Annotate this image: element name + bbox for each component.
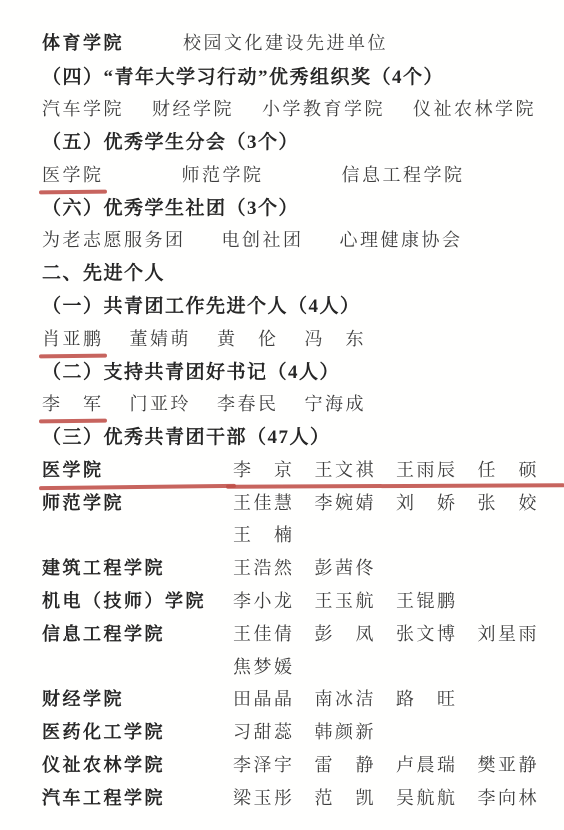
person-name: 南冰洁 [315,685,377,711]
person-name-underlined: 肖亚鹏 [42,325,104,351]
roster-row: 医药化工学院 习甜蕊 韩颜新 [42,715,556,748]
winners-line-s5: 医学院 师范学院 信息工程学院 [42,157,556,190]
roster-row: 医学院 李 京 王文祺 王雨辰 任 硕 [42,452,556,485]
part-heading-line: 二、先进个人 [42,256,556,289]
person-name: 樊亚静 [478,751,540,777]
person-name: 王锟鹏 [396,587,458,613]
roster-names: 梁玉彤 范 凯 吴航航 李向林 [233,784,559,810]
roster-row-continuation: 焦梦媛 [42,649,556,682]
roster-names: 王浩然 彭茜佟 [233,554,396,580]
person-name: 任 硕 [478,456,540,482]
person-name: 王浩然 [233,554,295,580]
winner-college: 仪祉农林学院 [413,95,536,121]
person-name: 宁海成 [305,390,367,416]
winner-college: 信息工程学院 [342,161,465,187]
person-name: 韩颜新 [315,718,377,744]
winner-college: 小学教育学院 [262,95,385,121]
section-heading-line-1: （一）共青团工作先进个人（4人） [42,288,556,321]
person-name: 田晶晶 [233,685,295,711]
roster-college: 信息工程学院 [42,620,233,646]
person-name: 李婉婧 [315,489,377,515]
person-name: 李 京 [233,456,295,482]
winners-line-s1: 肖亚鹏 董婧萌 黄 伦 冯 东 [42,321,556,354]
roster-names: 田晶晶 南冰洁 路 旺 [233,685,478,711]
person-name: 路 旺 [396,685,458,711]
roster-names: 李泽宇 雷 静 卢晨瑞 樊亚静 [233,751,559,777]
winner-college: 财经学院 [152,95,234,121]
person-name: 张 姣 [478,489,540,515]
section-heading: （一）共青团工作先进个人（4人） [42,291,361,318]
roster-names: 李小龙 王玉航 王锟鹏 [233,587,478,613]
roster-college: 机电（技师）学院 [42,587,233,613]
roster-names: 习甜蕊 韩颜新 [233,718,396,744]
person-name: 冯 东 [305,325,367,351]
person-name: 彭茜佟 [315,554,377,580]
roster-row: 信息工程学院 王佳倩 彭 凤 张文博 刘星雨 [42,616,556,649]
roster-names: 焦梦媛 [233,653,315,679]
section-heading: （六）优秀学生社团（3个） [42,193,299,220]
document-body: 体育学院 校园文化建设先进单位 （四）“青年大学习行动”优秀组织奖（4个） 汽车… [42,26,556,813]
award-title: 校园文化建设先进单位 [183,29,388,55]
person-name-underlined: 李 军 [42,390,104,416]
person-name: 刘星雨 [478,620,540,646]
person-name: 刘 娇 [396,489,458,515]
person-name: 董婧萌 [130,325,192,351]
roster-names: 王佳倩 彭 凤 张文博 刘星雨 [233,620,559,646]
roster-college: 财经学院 [42,685,233,711]
section-heading-line-3: （三）优秀共青团干部（47人） [42,420,556,453]
person-name: 王 楠 [233,521,295,547]
person-name: 习甜蕊 [233,718,295,744]
award-document-page: 体育学院 校园文化建设先进单位 （四）“青年大学习行动”优秀组织奖（4个） 汽车… [0,0,564,830]
person-name: 王雨辰 [396,456,458,482]
person-name: 李泽宇 [233,751,295,777]
person-name: 张文博 [396,620,458,646]
person-name: 卢晨瑞 [396,751,458,777]
section-heading-line-6: （六）优秀学生社团（3个） [42,190,556,223]
person-name: 王佳倩 [233,620,295,646]
winner-group: 电创社团 [222,226,304,252]
winner-group: 心理健康协会 [340,226,463,252]
winner-college-underlined: 医学院 [42,161,104,187]
section-heading-line-4: （四）“青年大学习行动”优秀组织奖（4个） [42,59,556,92]
college-name: 体育学院 [42,29,183,55]
person-name: 李向林 [478,784,540,810]
person-name: 李小龙 [233,587,295,613]
roster-row: 机电（技师）学院 李小龙 王玉航 王锟鹏 [42,584,556,617]
roster-names: 王佳慧 李婉婧 刘 娇 张 姣 [233,489,559,515]
roster-college-underlined: 医学院 [42,456,233,482]
person-name: 雷 静 [315,751,377,777]
person-name: 王佳慧 [233,489,295,515]
roster-names: 王 楠 [233,521,315,547]
person-name: 黄 伦 [217,325,279,351]
roster-row: 财经学院 田晶晶 南冰洁 路 旺 [42,682,556,715]
winners-line-s4: 汽车学院 财经学院 小学教育学院 仪祉农林学院 [42,92,556,125]
section-heading: （二）支持共青团好书记（4人） [42,357,340,384]
section-heading-line-5: （五）优秀学生分会（3个） [42,124,556,157]
roster-college: 医药化工学院 [42,718,233,744]
roster-college: 建筑工程学院 [42,554,233,580]
roster-row: 建筑工程学院 王浩然 彭茜佟 [42,551,556,584]
section-heading: （五）优秀学生分会（3个） [42,127,299,154]
section-heading: （四）“青年大学习行动”优秀组织奖（4个） [42,62,444,89]
person-name: 范 凯 [315,784,377,810]
winner-college: 汽车学院 [42,95,124,121]
winner-college: 师范学院 [182,161,264,187]
winners-line-s2: 李 军 门亚玲 李春民 宁海成 [42,387,556,420]
award-pair-line: 体育学院 校园文化建设先进单位 [42,26,556,59]
roster-row: 汽车工程学院 梁玉彤 范 凯 吴航航 李向林 [42,780,556,813]
roster-row-continuation: 王 楠 [42,518,556,551]
person-name: 焦梦媛 [233,653,295,679]
roster-row: 仪祉农林学院 李泽宇 雷 静 卢晨瑞 樊亚静 [42,748,556,781]
person-name: 王文祺 [315,456,377,482]
person-name: 李春民 [217,390,279,416]
roster-names-underlined: 李 京 王文祺 王雨辰 任 硕 [233,456,559,482]
roster-college: 汽车工程学院 [42,784,233,810]
person-name: 门亚玲 [130,390,192,416]
winner-group: 为老志愿服务团 [42,226,186,252]
section-heading-line-2: （二）支持共青团好书记（4人） [42,354,556,387]
winners-line-s6: 为老志愿服务团 电创社团 心理健康协会 [42,223,556,256]
roster-row: 师范学院 王佳慧 李婉婧 刘 娇 张 姣 [42,485,556,518]
roster-college: 师范学院 [42,489,233,515]
person-name: 彭 凤 [315,620,377,646]
person-name: 吴航航 [396,784,458,810]
person-name: 梁玉彤 [233,784,295,810]
roster-college: 仪祉农林学院 [42,751,233,777]
person-name: 王玉航 [315,587,377,613]
part-heading: 二、先进个人 [42,258,165,285]
section-heading: （三）优秀共青团干部（47人） [42,422,331,449]
